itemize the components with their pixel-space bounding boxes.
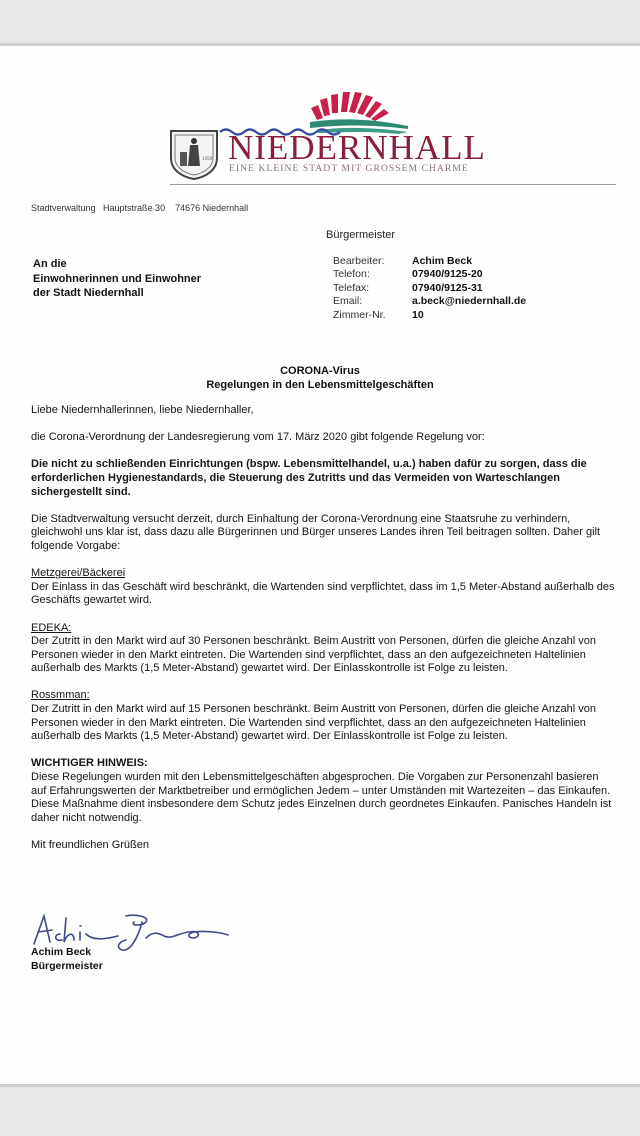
- recipient-address: An die Einwohnerinnen und Einwohner der …: [33, 257, 201, 301]
- top-bar: [0, 0, 640, 46]
- contact-row-email: Email: a.beck@niedernhall.de: [333, 295, 526, 308]
- section-text: Der Zutritt in den Markt wird auf 30 Per…: [31, 635, 596, 674]
- department-label: Bürgermeister: [326, 229, 395, 241]
- contact-label: Telefax:: [333, 282, 412, 295]
- town-crest-icon: 1359: [168, 128, 220, 180]
- signer-block: Achim Beck Bürgermeister: [31, 946, 103, 973]
- contact-value: a.beck@niedernhall.de: [412, 295, 526, 308]
- section-edeka: EDEKA: Der Zutritt in den Markt wird auf…: [31, 622, 616, 676]
- contact-row-fax: Telefax: 07940/9125-31: [333, 282, 526, 295]
- context-paragraph: Die Stadtverwaltung versucht derzeit, du…: [31, 513, 616, 554]
- contact-value: 07940/9125-31: [412, 282, 483, 295]
- notice-heading: WICHTIGER HINWEIS:: [31, 757, 616, 771]
- closing: Mit freundlichen Grüßen: [31, 839, 616, 853]
- contact-block: Bearbeiter: Achim Beck Telefon: 07940/91…: [333, 255, 526, 322]
- section-heading: Metzgerei/Bäckerei: [31, 567, 616, 581]
- section-text: Der Zutritt in den Markt wird auf 15 Per…: [31, 703, 596, 742]
- contact-label: Bearbeiter:: [333, 255, 412, 268]
- contact-label: Email:: [333, 295, 412, 308]
- contact-value: 10: [412, 309, 424, 322]
- recipient-line: Einwohnerinnen und Einwohner: [33, 272, 201, 287]
- regulation-paragraph: Die nicht zu schließenden Einrichtungen …: [31, 458, 616, 499]
- contact-row-phone: Telefon: 07940/9125-20: [333, 268, 526, 281]
- sender-address-line: Stadtverwaltung Hauptstraße 30 74676 Nie…: [31, 203, 248, 213]
- section-heading: Rossmman:: [31, 689, 616, 703]
- salutation: Liebe Niedernhallerinnen, liebe Niedernh…: [31, 404, 616, 418]
- contact-row-editor: Bearbeiter: Achim Beck: [333, 255, 526, 268]
- section-heading: EDEKA:: [31, 622, 616, 636]
- signer-title: Bürgermeister: [31, 960, 103, 974]
- important-notice: WICHTIGER HINWEIS: Diese Regelungen wurd…: [31, 757, 616, 825]
- subject-line-2: Regelungen in den Lebensmittelgeschäften: [0, 379, 640, 393]
- contact-label: Telefon:: [333, 268, 412, 281]
- section-text: Der Einlass in das Geschäft wird beschrä…: [31, 581, 614, 607]
- section-butcher-bakery: Metzgerei/Bäckerei Der Einlass in das Ge…: [31, 567, 616, 608]
- letter-subject: CORONA-Virus Regelungen in den Lebensmit…: [0, 365, 640, 392]
- section-rossmann: Rossmman: Der Zutritt in den Markt wird …: [31, 689, 616, 743]
- contact-value: 07940/9125-20: [412, 268, 483, 281]
- subject-line-1: CORONA-Virus: [0, 365, 640, 379]
- recipient-line: der Stadt Niedernhall: [33, 286, 201, 301]
- intro-paragraph: die Corona-Verordnung der Landesregierun…: [31, 431, 616, 445]
- letter-body: Liebe Niedernhallerinnen, liebe Niedernh…: [31, 404, 616, 866]
- bottom-bar: [0, 1084, 640, 1136]
- signer-name: Achim Beck: [31, 946, 103, 960]
- town-tagline: EINE KLEINE STADT MIT GROSSEM CHARME: [229, 164, 469, 174]
- notice-text: Diese Regelungen wurden mit den Lebensmi…: [31, 771, 611, 824]
- letterhead-divider: [170, 184, 616, 185]
- contact-value: Achim Beck: [412, 255, 472, 268]
- contact-row-room: Zimmer-Nr. 10: [333, 309, 526, 322]
- svg-text:1359: 1359: [202, 157, 213, 162]
- town-name-wordmark: NIEDERNHALL: [228, 130, 486, 166]
- contact-label: Zimmer-Nr.: [333, 309, 412, 322]
- recipient-line: An die: [33, 257, 201, 272]
